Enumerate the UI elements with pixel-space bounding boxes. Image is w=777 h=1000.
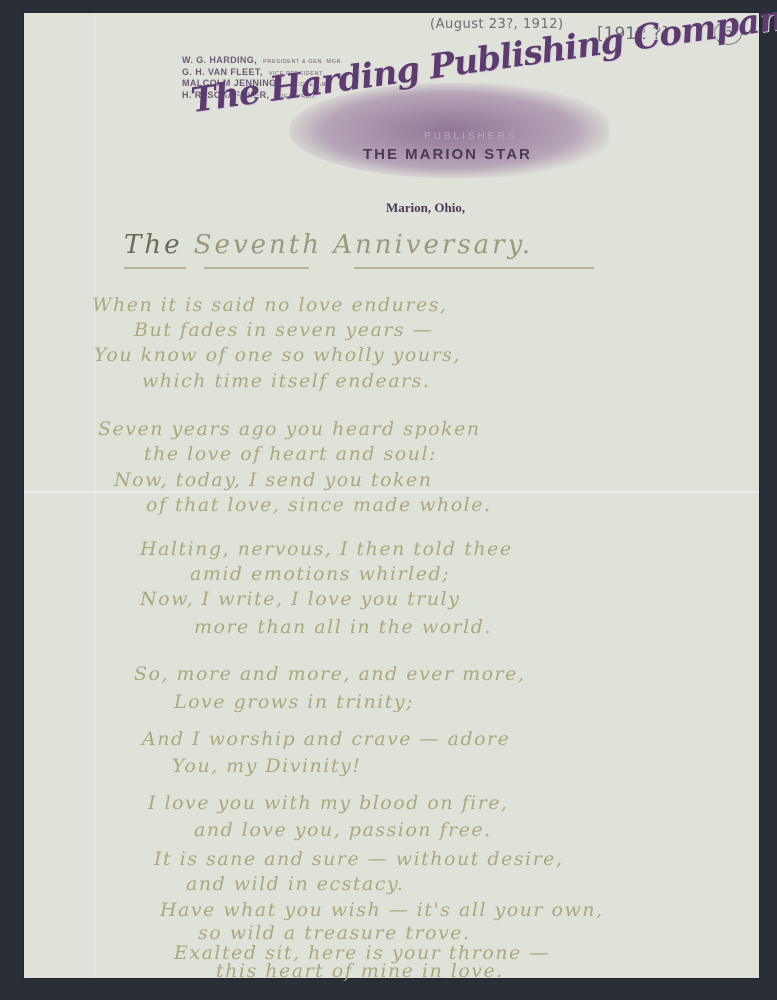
poem-line: which time itself endears. <box>142 370 430 392</box>
newspaper-name: THE MARION STAR <box>363 146 532 163</box>
poem-line: Halting, nervous, I then told thee <box>140 538 513 560</box>
poem-line: It is sane and sure — without desire, <box>154 848 563 870</box>
publishers-label: PUBLISHERS <box>424 131 517 142</box>
letter-sheet: (August 23?, 1912) [1912 ?] 6 W. G. HARD… <box>24 13 759 978</box>
poem-line: Now, today, I send you token <box>114 469 433 491</box>
title-underline <box>354 267 594 269</box>
title-underline <box>204 267 309 269</box>
poem-line: When it is said no love endures, <box>92 294 448 316</box>
archival-date-annotation: (August 23?, 1912) <box>430 17 564 32</box>
poem-line: amid emotions whirled; <box>190 563 450 585</box>
poem-line: more than all in the world. <box>194 616 492 638</box>
poem-line: And I worship and crave — adore <box>142 728 510 750</box>
poem-line: so wild a treasure trove. <box>198 922 471 944</box>
poem-line: and love you, passion free. <box>194 819 492 841</box>
poem-line: You, my Divinity! <box>172 755 361 777</box>
poem-line: I love you with my blood on fire, <box>148 792 509 814</box>
poem-line: Have what you wish — it's all your own, <box>160 899 604 921</box>
poem-line: and wild in ecstacy. <box>186 873 404 895</box>
poem-line: of that love, since made whole. <box>146 494 492 516</box>
poem-line: Love grows in trinity; <box>174 691 414 713</box>
poem-line: You know of one so wholly yours, <box>94 344 461 366</box>
title-underline <box>124 267 186 269</box>
poem-line: Now, I write, I love you truly <box>140 588 460 610</box>
poem-line: this heart of mine in love. <box>216 960 504 982</box>
poem-line: So, more and more, and ever more, <box>134 663 525 685</box>
poem-line: But fades in seven years — <box>134 319 433 341</box>
poem-title: The Seventh Anniversary. <box>124 230 533 260</box>
poem-line: the love of heart and soul: <box>144 443 437 465</box>
poem-line: Seven years ago you heard spoken <box>98 418 481 440</box>
place-line: Marion, Ohio, <box>386 200 465 216</box>
